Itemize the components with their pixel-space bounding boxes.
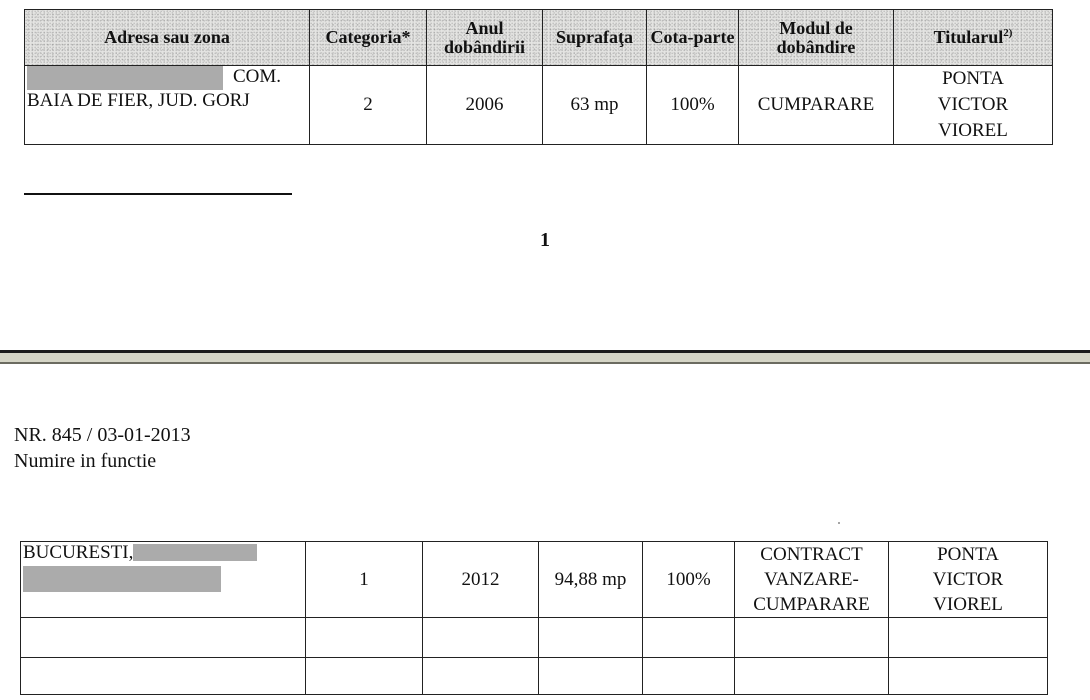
document-number: NR. 845 / 03-01-2013: [14, 422, 191, 448]
cell-area: 63 mp: [543, 66, 647, 145]
cell-area: [539, 618, 643, 658]
redaction-block: [23, 566, 221, 592]
cell-year: 2006: [427, 66, 543, 145]
header-address: Adresa sau zona: [25, 10, 310, 66]
cell-mode: [735, 618, 889, 658]
cell-owner: PONTA VICTOR VIOREL: [889, 542, 1048, 618]
document-page-bottom: NR. 845 / 03-01-2013 Numire in functie B…: [0, 364, 1090, 700]
cell-share: 100%: [643, 542, 735, 618]
table-header-row: Adresa sau zona Categoria* Anul dobândir…: [25, 10, 1053, 66]
cell-owner: PONTA VICTOR VIOREL: [894, 66, 1053, 145]
cell-share: [643, 618, 735, 658]
address-line2: BAIA DE FIER, JUD. GORJ: [27, 90, 307, 112]
document-reference: NR. 845 / 03-01-2013 Numire in functie: [14, 422, 191, 474]
header-mode: Modul de dobândire: [739, 10, 894, 66]
cell-address: [21, 658, 306, 695]
redaction-block: [133, 544, 257, 561]
cell-area: [539, 658, 643, 695]
cell-area: 94,88 mp: [539, 542, 643, 618]
document-page-top: Adresa sau zona Categoria* Anul dobândir…: [0, 0, 1090, 350]
address-suffix: COM.: [233, 66, 307, 88]
cell-share: [643, 658, 735, 695]
redaction-block: [27, 66, 223, 90]
cell-category: 1: [306, 542, 423, 618]
header-area: Suprafaţa: [543, 10, 647, 66]
page-number: 1: [0, 229, 1090, 252]
footnote-rule: [24, 193, 292, 195]
header-year: Anul dobândirii: [427, 10, 543, 66]
header-category: Categoria*: [310, 10, 427, 66]
cell-address: BUCURESTI,: [21, 542, 306, 618]
cell-owner: [889, 658, 1048, 695]
header-owner-label: Titularul: [934, 27, 1004, 47]
header-owner-footnote: 2): [1003, 27, 1012, 39]
cell-address: [21, 618, 306, 658]
page-separator: [0, 350, 1090, 364]
table-row: COM. BAIA DE FIER, JUD. GORJ 2 2006 63 m…: [25, 66, 1053, 145]
header-share: Cota-parte: [647, 10, 739, 66]
cell-year: [423, 618, 539, 658]
cell-share: 100%: [647, 66, 739, 145]
table-row: [21, 618, 1048, 658]
cell-mode: CONTRACT VANZARE-CUMPARARE: [735, 542, 889, 618]
cell-year: [423, 658, 539, 695]
cell-address: COM. BAIA DE FIER, JUD. GORJ: [25, 66, 310, 145]
cell-year: 2012: [423, 542, 539, 618]
cell-category: [306, 658, 423, 695]
cell-mode: [735, 658, 889, 695]
property-table-2: BUCURESTI, 1 2012 94,88 mp 100% CONTRACT…: [20, 541, 1048, 695]
cell-category: [306, 618, 423, 658]
cell-owner: [889, 618, 1048, 658]
property-table-1: Adresa sau zona Categoria* Anul dobândir…: [24, 9, 1053, 145]
address-prefix: BUCURESTI,: [23, 542, 133, 564]
scan-speck: [838, 522, 840, 524]
document-type: Numire in functie: [14, 448, 191, 474]
cell-mode: CUMPARARE: [739, 66, 894, 145]
table-row: BUCURESTI, 1 2012 94,88 mp 100% CONTRACT…: [21, 542, 1048, 618]
table-row: [21, 658, 1048, 695]
cell-category: 2: [310, 66, 427, 145]
header-owner: Titularul2): [894, 10, 1053, 66]
